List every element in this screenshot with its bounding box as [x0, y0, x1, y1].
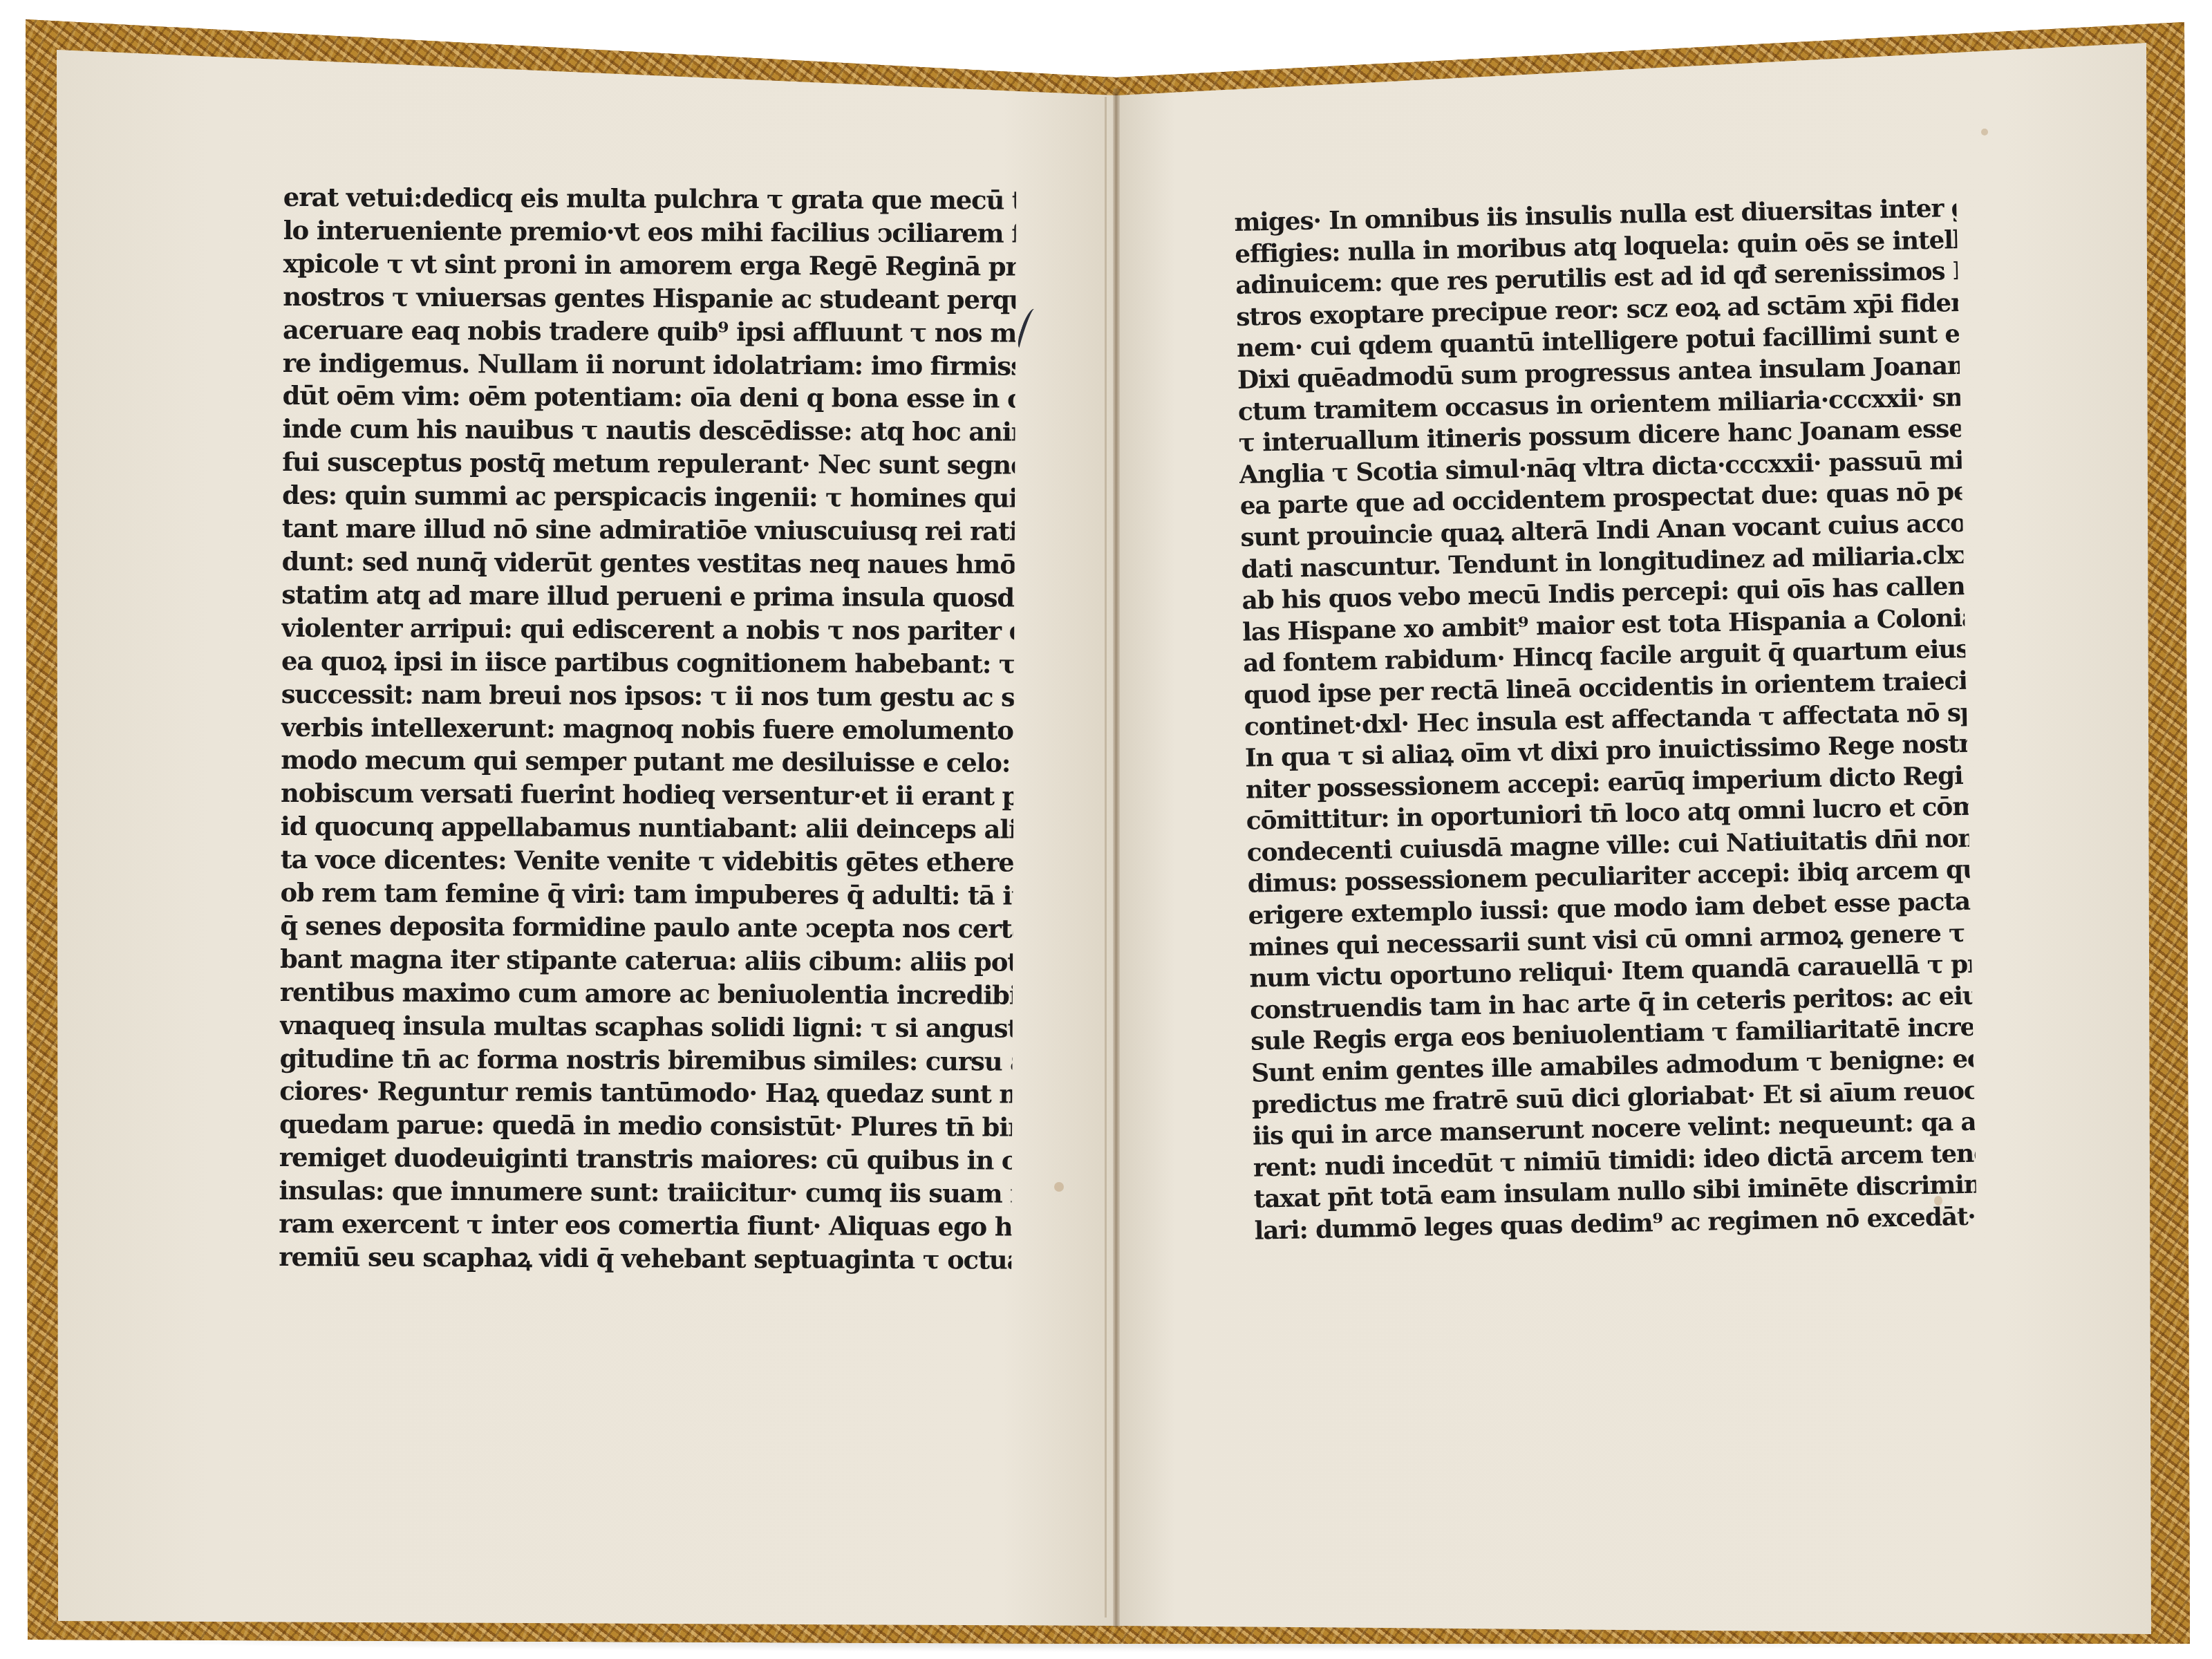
text-line: remiget duodeuiginti transtris maiores: …	[279, 1141, 1012, 1178]
text-line: rentibus maximo cum amore ac beniuolenti…	[280, 976, 1013, 1013]
text-line: ob rem tam femine q̄ viri: tam impuberes…	[280, 877, 1013, 913]
text-line: ciores· Reguntur remis tantūmodo· Haꝝ qu…	[279, 1075, 1012, 1112]
text-line: xpicole τ vt sint proni in amorem erga R…	[283, 247, 1015, 284]
text-line: successit: nam breui nos ipsos: τ ii nos…	[281, 678, 1014, 715]
text-line: ram exercent τ inter eos comertia fiunt·…	[279, 1208, 1011, 1244]
foxing-spot	[1981, 129, 1988, 135]
text-line: dunt: sed nunq̄ viderūt gentes vestitas …	[281, 545, 1014, 582]
text-line: aceruare eaq nobis tradere quib⁹ ipsi af…	[283, 314, 1015, 350]
text-line: nobiscum versati fuerint hodieq versentu…	[281, 777, 1013, 814]
text-line: des: quin summi ac perspicacis ingenii: …	[282, 479, 1015, 516]
text-line: insulas: que innumere sunt: traiicitur· …	[279, 1174, 1012, 1211]
text-line: dūt oēm vim: oēm potentiam: oīa deni q b…	[283, 379, 1015, 416]
text-line: inde cum his nauibus τ nautis descēdisse…	[282, 413, 1015, 449]
text-line: violenter arripui: qui ediscerent a nobi…	[281, 612, 1014, 648]
text-line: lo interueniente premio·vt eos mihi faci…	[283, 214, 1016, 251]
right-page-text: miges· In omnibus iis insulis nulla est …	[1234, 193, 1977, 1247]
text-line: ea quoꝝ ipsi in iisce partibus cognition…	[281, 645, 1014, 682]
text-line: erat vetui:dedicq eis multa pulchra τ gr…	[283, 181, 1016, 218]
text-line: id quocunq appellabamus nuntiabant: alii…	[281, 810, 1013, 847]
text-line: nostros τ vniuersas gentes Hispanie ac s…	[283, 281, 1015, 317]
text-line: ta voce dicentes: Venite venite τ videbi…	[281, 843, 1013, 880]
text-line: q̄ senes deposita formidine paulo ante ↄ…	[280, 910, 1013, 946]
text-line: bant magna iter stipante caterua: aliis …	[280, 943, 1013, 980]
text-line: modo mecum qui semper putant me desiluis…	[281, 744, 1013, 780]
open-book-photo: erat vetui:dedicq eis multa pulchra τ gr…	[0, 0, 2212, 1659]
text-line: verbis intellexerunt: magnoq nobis fuere…	[281, 711, 1013, 747]
text-line: tant mare illud nō sine admiratiōe vnius…	[282, 512, 1015, 549]
text-line: statim atq ad mare illud perueni e prima…	[281, 579, 1014, 615]
text-line: quedam parue: quedā in medio consistūt· …	[279, 1108, 1012, 1145]
foxing-spot	[1054, 1182, 1064, 1192]
text-line: gitudine tn̄ ac forma nostris biremibus …	[279, 1042, 1012, 1079]
book-gutter	[1113, 88, 1120, 1627]
text-line: vnaqueq insula multas scaphas solidi lig…	[280, 1009, 1013, 1046]
text-line: fui susceptus postq̄ metum repulerant· N…	[282, 446, 1015, 482]
text-line: remiū seu scaphaꝝ vidi q̄ vehebant septu…	[279, 1241, 1011, 1277]
text-line: re indigemus. Nullam ii norunt idolatria…	[283, 347, 1015, 384]
left-page-text: erat vetui:dedicq eis multa pulchra τ gr…	[279, 181, 1016, 1277]
page-crease	[1105, 97, 1107, 1618]
